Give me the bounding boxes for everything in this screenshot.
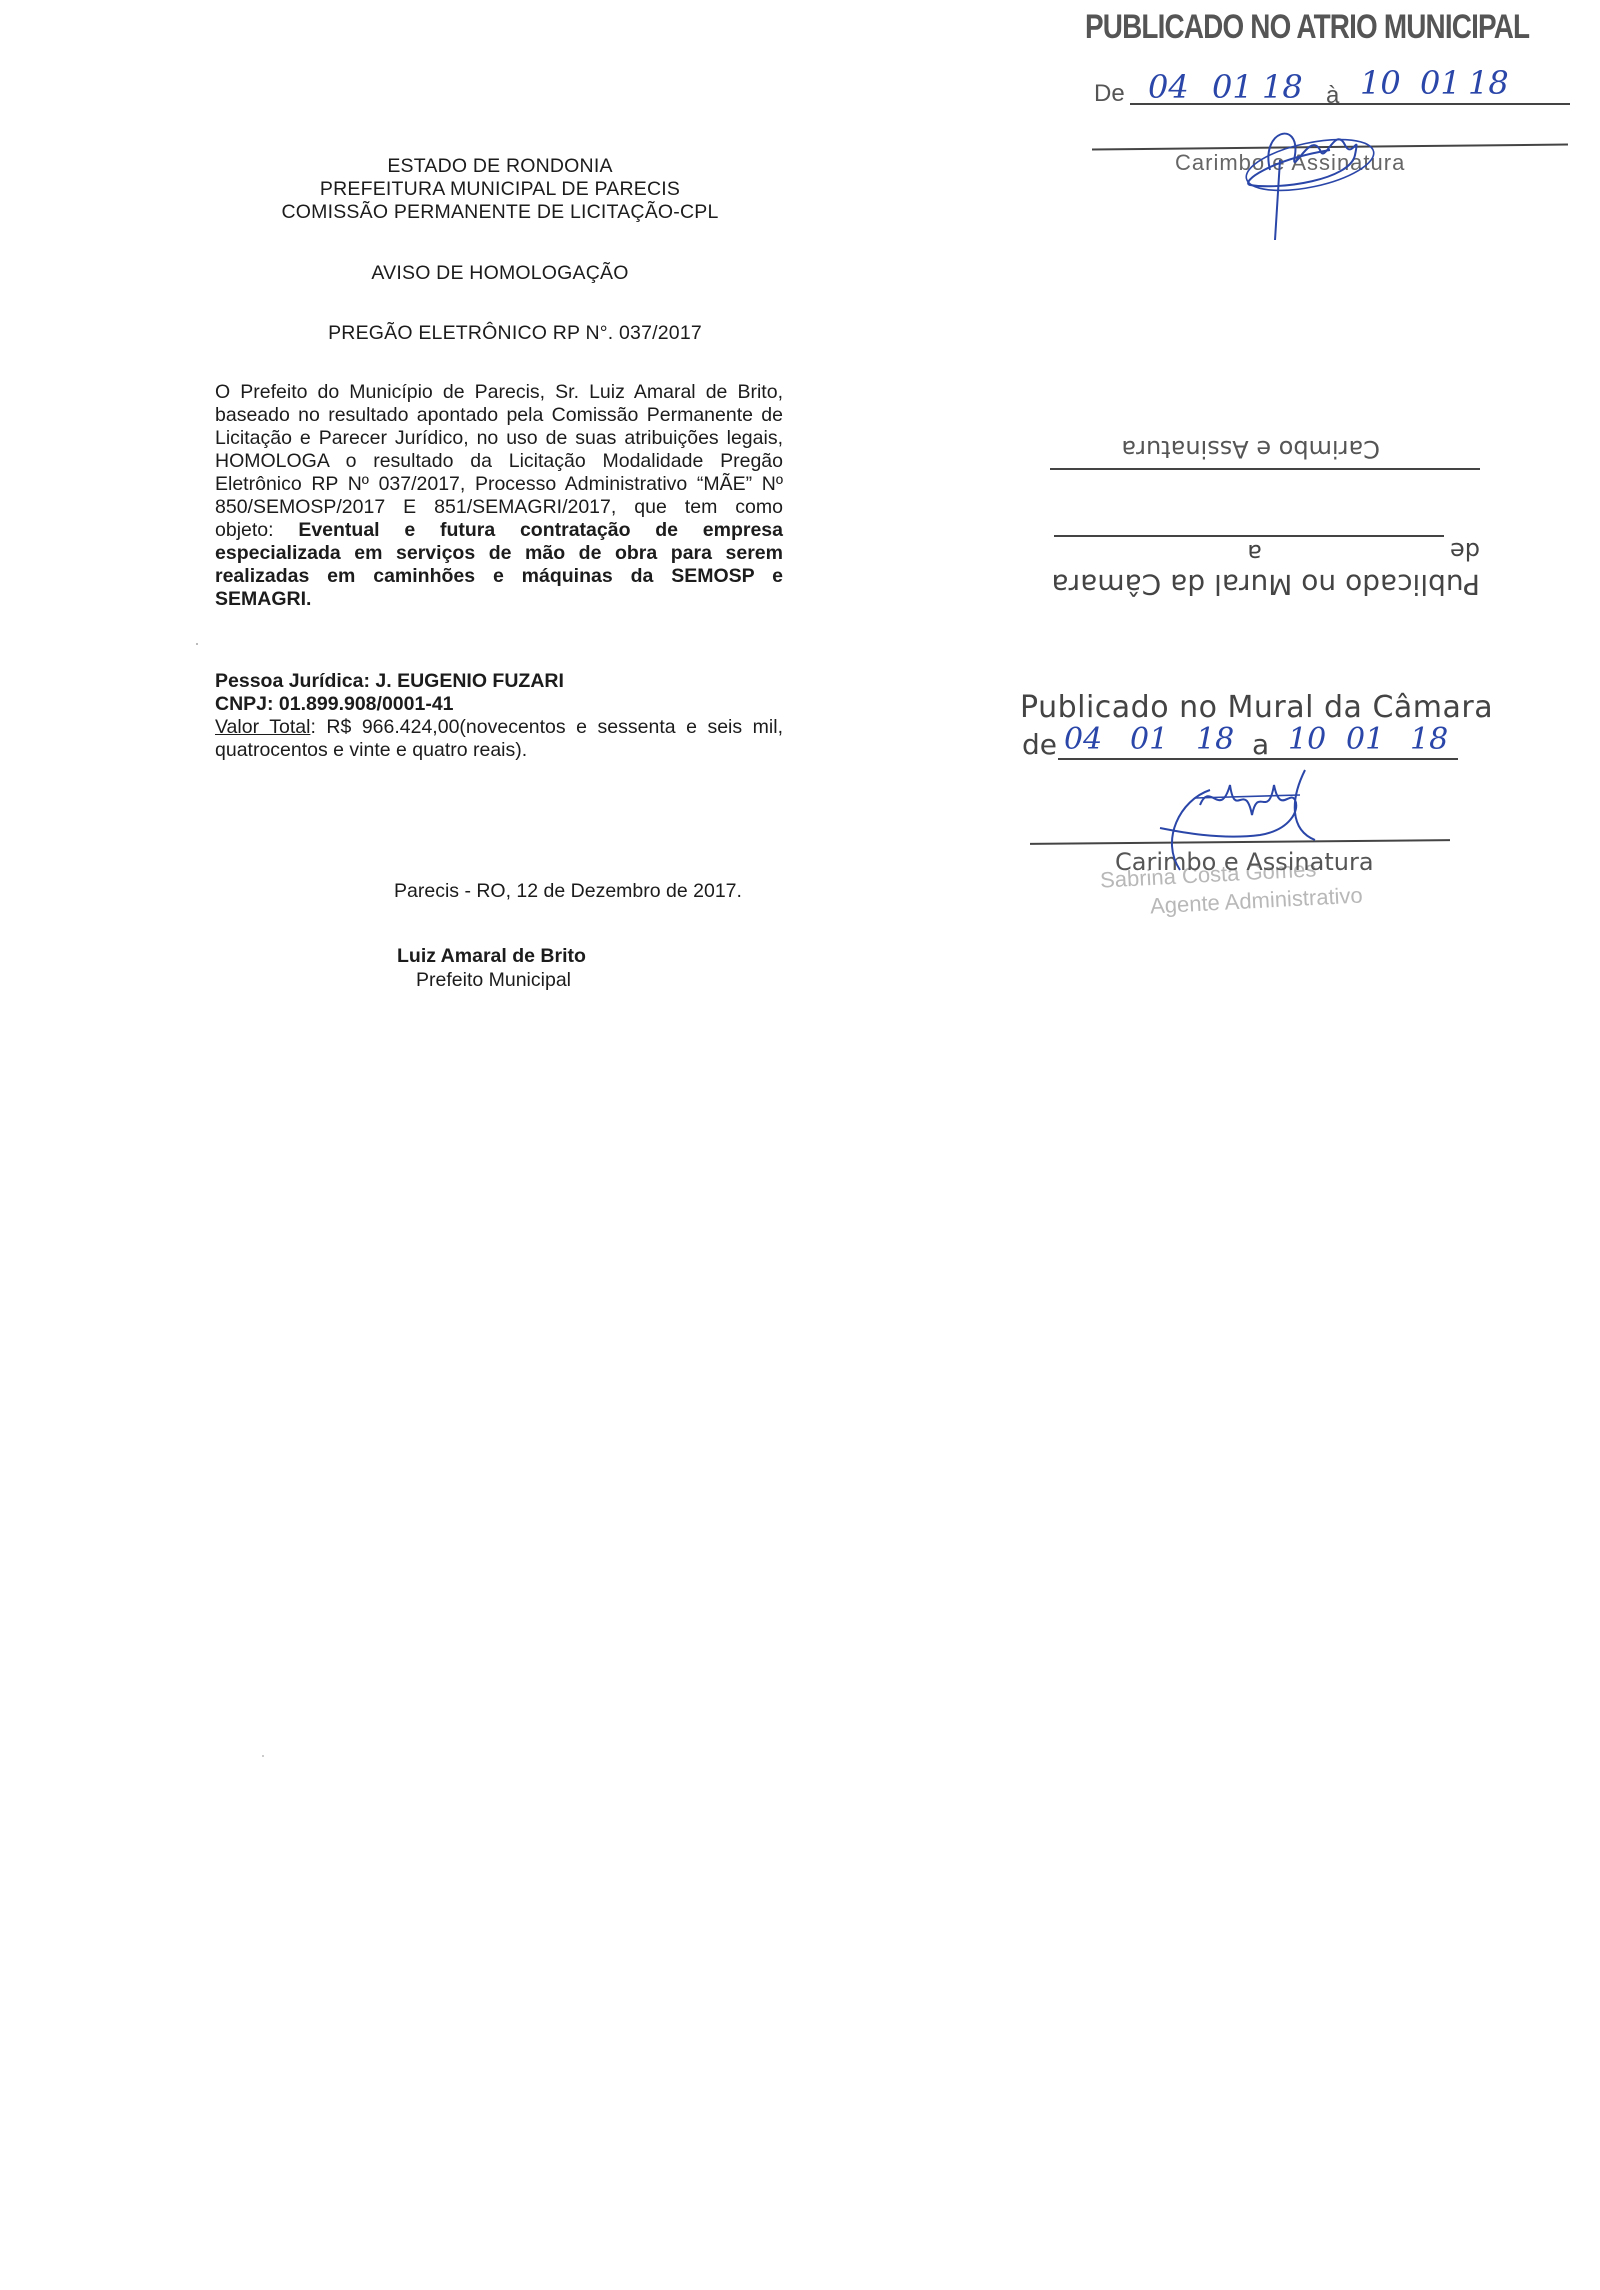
header-prefecture: PREFEITURA MUNICIPAL DE PARECIS (200, 178, 800, 201)
stamp-camara-from-month: 01 (1130, 722, 1168, 757)
stamp-camara-ud-date-line (1054, 535, 1444, 537)
stamp-atrio-from-day: 04 (1148, 68, 1189, 106)
stamp-camara-from-year: 18 (1196, 722, 1234, 757)
total-value-line: Valor Total: R$ 966.424,00(novecentos e … (215, 716, 783, 762)
stamp-camara-to-day: 10 (1288, 722, 1326, 757)
signature-scribble-icon (1240, 110, 1380, 245)
stamp-camara-upside-down: Publicado no Mural da Câmara de a Carimb… (1030, 405, 1480, 605)
paragraph-object: Eventual e futura contratação de empresa… (215, 519, 783, 610)
signer-role: Prefeito Municipal (416, 969, 571, 992)
stamp-camara-to-month: 01 (1346, 722, 1384, 757)
stamp-atrio-from-year: 18 (1262, 68, 1303, 106)
stamp-camara-ud-a-label: a (1247, 539, 1262, 567)
stamp-atrio-from-month: 01 (1212, 68, 1253, 106)
stamp-atrio-to-day: 10 (1360, 64, 1401, 102)
process-title: PREGÃO ELETRÔNICO RP N°. 037/2017 (215, 322, 815, 345)
cnpj-line: CNPJ: 01.899.908/0001-41 (215, 693, 783, 716)
stamp-atrio-de-label: De (1094, 80, 1125, 108)
header-commission: COMISSÃO PERMANENTE DE LICITAÇÃO-CPL (200, 201, 800, 224)
signature-scribble-icon (1140, 760, 1340, 875)
stamp-camara-ud-signature-line (1050, 468, 1480, 470)
scan-speck (196, 643, 198, 645)
scan-speck (262, 1755, 264, 1757)
stamp-camara-de-label: de (1022, 728, 1057, 761)
stamp-camara-to-year: 18 (1410, 722, 1448, 757)
stamp-atrio-to-month: 01 (1420, 64, 1461, 102)
stamp-atrio-to-year: 18 (1468, 64, 1509, 102)
company-line: Pessoa Jurídica: J. EUGENIO FUZARI (215, 670, 783, 693)
stamp-camara-a-label: a (1252, 728, 1269, 761)
stamp-atrio-date-line (1130, 103, 1570, 105)
stamp-atrio-title: PUBLICADO NO ATRIO MUNICIPAL (1085, 8, 1529, 47)
header-state: ESTADO DE RONDONIA (200, 155, 800, 178)
stamp-camara-ud-title: Publicado no Mural da Câmara (1051, 568, 1480, 601)
signer-name: Luiz Amaral de Brito (397, 945, 586, 968)
stamp-atrio-a-label: à (1326, 82, 1339, 110)
total-label: Valor Total (215, 716, 310, 738)
paragraph-plain: O Prefeito do Município de Parecis, Sr. … (215, 381, 783, 541)
homologation-paragraph: O Prefeito do Município de Parecis, Sr. … (215, 381, 783, 611)
notice-title: AVISO DE HOMOLOGAÇÃO (200, 262, 800, 285)
stamp-camara-from-day: 04 (1064, 722, 1102, 757)
place-date: Parecis - RO, 12 de Dezembro de 2017. (394, 880, 742, 903)
stamp-camara-ud-de-label: de (1450, 537, 1480, 565)
stamp-camara-title: Publicado no Mural da Câmara (1020, 690, 1493, 725)
stamp-camara-ud-signature-label: Carimbo e Assinatura (1121, 435, 1380, 463)
